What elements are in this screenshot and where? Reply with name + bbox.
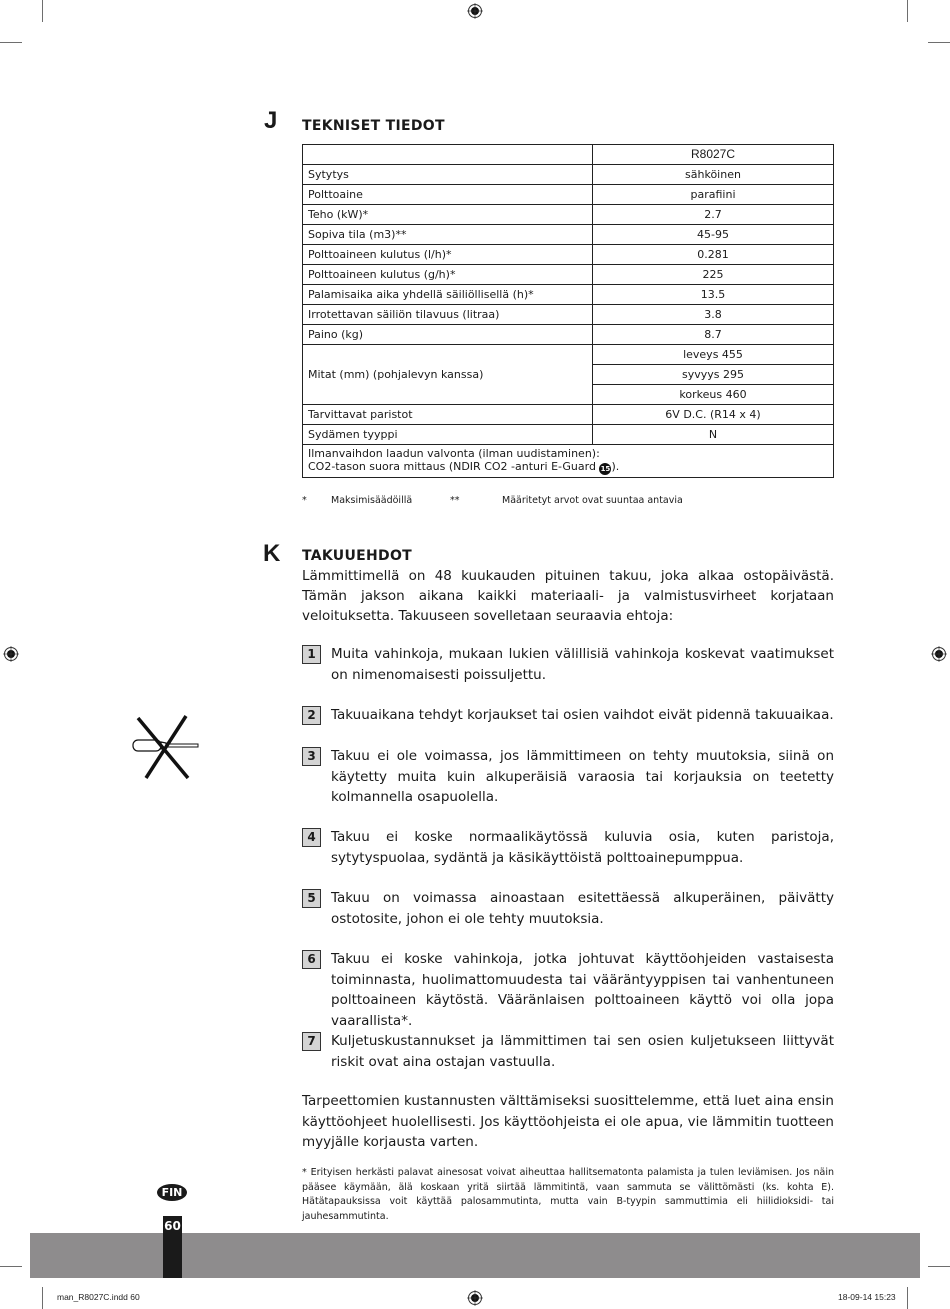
condition-number: 3 [302, 747, 321, 766]
table-cell [303, 145, 593, 165]
table-row: Palamisaika aika yhdellä säiliöllisellä … [303, 285, 834, 305]
table-footnotes: * Maksimisäädöillä ** Määritetyt arvot o… [302, 495, 842, 507]
slug-date-time: 18-09-14 15:23 [838, 1292, 896, 1302]
warranty-condition: 7Kuljetuskustannukset ja lämmittimen tai… [302, 1031, 834, 1072]
spec-value: 3.8 [593, 305, 834, 325]
crop-mark [0, 1266, 22, 1267]
fuel-warning-note: * Erityisen herkästi palavat ainesosat v… [302, 1166, 834, 1224]
reference-number-icon: 15 [599, 463, 611, 475]
registration-mark-icon [931, 646, 947, 662]
air-quality-note: Ilmanvaihdon laadun valvonta (ilman uudi… [303, 445, 834, 478]
warranty-condition: 2Takuuaikana tehdyt korjaukset tai osien… [302, 705, 834, 726]
condition-text: Takuu ei koske normaalikäytössä kuluvia … [331, 827, 834, 868]
spec-label: Irrotettavan säiliön tilavuus (litraa) [303, 305, 593, 325]
section-letter-j: J [264, 107, 277, 135]
condition-number: 4 [302, 828, 321, 847]
condition-number: 6 [302, 950, 321, 969]
condition-text: Takuuaikana tehdyt korjaukset tai osien … [331, 705, 834, 726]
condition-text: Muita vahinkoja, mukaan lukien välillisi… [331, 644, 834, 685]
spec-label: Polttoaine [303, 185, 593, 205]
footnote-mark: ** [450, 495, 460, 506]
spec-label: Sydämen tyyppi [303, 425, 593, 445]
spec-label: Tarvittavat paristot [303, 405, 593, 425]
spec-value: 0.281 [593, 245, 834, 265]
condition-text: Takuu on voimassa ainoastaan esitettäess… [331, 888, 834, 929]
table-row: Sytytyssähköinen [303, 165, 834, 185]
spec-value: korkeus 460 [593, 385, 834, 405]
table-row: Paino (kg)8.7 [303, 325, 834, 345]
spec-value: 8.7 [593, 325, 834, 345]
warranty-condition: 1Muita vahinkoja, mukaan lukien välillis… [302, 644, 834, 685]
spec-label: Polttoaineen kulutus (g/h)* [303, 265, 593, 285]
registration-mark-icon [467, 3, 483, 19]
spec-label: Sytytys [303, 165, 593, 185]
crop-mark [907, 1287, 908, 1309]
table-row: Polttoaineen kulutus (g/h)*225 [303, 265, 834, 285]
crop-mark [928, 42, 950, 43]
section-title-warranty: TAKUUEHDOT [302, 548, 412, 564]
note-line: ). [611, 460, 619, 473]
spec-value: 13.5 [593, 285, 834, 305]
table-row: Irrotettavan säiliön tilavuus (litraa)3.… [303, 305, 834, 325]
table-header-row: R8027C [303, 145, 834, 165]
spec-value: syvyys 295 [593, 365, 834, 385]
table-row: Polttoaineen kulutus (l/h)*0.281 [303, 245, 834, 265]
table-row: Teho (kW)*2.7 [303, 205, 834, 225]
condition-number: 7 [302, 1032, 321, 1051]
no-screwdriver-icon [128, 712, 206, 782]
warranty-closing: Tarpeettomien kustannusten välttämiseksi… [302, 1091, 834, 1153]
table-row: Sydämen tyyppiN [303, 425, 834, 445]
warranty-intro: Lämmittimellä on 48 kuukauden pituinen t… [302, 566, 834, 626]
spec-value: 225 [593, 265, 834, 285]
table-row: Mitat (mm) (pohjalevyn kanssa)leveys 455 [303, 345, 834, 365]
technical-specs-table: R8027C SytytyssähköinenPolttoaineparafii… [302, 144, 834, 478]
footnote-mark: * [302, 495, 307, 506]
table-row: Ilmanvaihdon laadun valvonta (ilman uudi… [303, 445, 834, 478]
crop-mark [42, 1287, 43, 1309]
spec-value: leveys 455 [593, 345, 834, 365]
spec-value: sähköinen [593, 165, 834, 185]
warranty-condition: 4Takuu ei koske normaalikäytössä kuluvia… [302, 827, 834, 868]
registration-mark-icon [467, 1290, 483, 1306]
footnote-text: Maksimisäädöillä [331, 495, 412, 506]
condition-number: 5 [302, 889, 321, 908]
model-header: R8027C [593, 145, 834, 165]
condition-text: Takuu ei ole voimassa, jos lämmittimeen … [331, 746, 834, 808]
warranty-condition: 6Takuu ei koske vahinkoja, jotka johtuva… [302, 949, 834, 1031]
footnote-text: Määritetyt arvot ovat suuntaa antavia [502, 495, 683, 506]
slug-file-info: man_R8027C.indd 60 [57, 1292, 140, 1302]
page-number: 60 [163, 1216, 182, 1278]
spec-value: N [593, 425, 834, 445]
spec-label: Polttoaineen kulutus (l/h)* [303, 245, 593, 265]
spec-value: 2.7 [593, 205, 834, 225]
spec-label: Palamisaika aika yhdellä säiliöllisellä … [303, 285, 593, 305]
spec-value: parafiini [593, 185, 834, 205]
spec-value: 45-95 [593, 225, 834, 245]
condition-text: Kuljetuskustannukset ja lämmittimen tai … [331, 1031, 834, 1072]
crop-mark [0, 42, 22, 43]
language-badge: FIN [157, 1184, 187, 1201]
spec-label: Paino (kg) [303, 325, 593, 345]
section-title-technical-data: TEKNISET TIEDOT [302, 118, 445, 134]
condition-number: 2 [302, 706, 321, 725]
spec-label: Mitat (mm) (pohjalevyn kanssa) [303, 345, 593, 405]
condition-number: 1 [302, 645, 321, 664]
warranty-condition: 3Takuu ei ole voimassa, jos lämmittimeen… [302, 746, 834, 808]
crop-mark [907, 0, 908, 22]
table-row: Polttoaineparafiini [303, 185, 834, 205]
table-row: Sopiva tila (m3)**45-95 [303, 225, 834, 245]
section-letter-k: K [263, 540, 280, 568]
spec-value: 6V D.C. (R14 x 4) [593, 405, 834, 425]
spec-label: Teho (kW)* [303, 205, 593, 225]
note-line: Ilmanvaihdon laadun valvonta (ilman uudi… [308, 447, 600, 460]
crop-mark [928, 1266, 950, 1267]
condition-text: Takuu ei koske vahinkoja, jotka johtuvat… [331, 949, 834, 1031]
note-line: CO2-tason suora mittaus (NDIR CO2 -antur… [308, 460, 599, 473]
registration-mark-icon [3, 646, 19, 662]
table-row: Tarvittavat paristot6V D.C. (R14 x 4) [303, 405, 834, 425]
warranty-condition: 5Takuu on voimassa ainoastaan esitettäes… [302, 888, 834, 929]
crop-mark [42, 0, 43, 22]
spec-label: Sopiva tila (m3)** [303, 225, 593, 245]
